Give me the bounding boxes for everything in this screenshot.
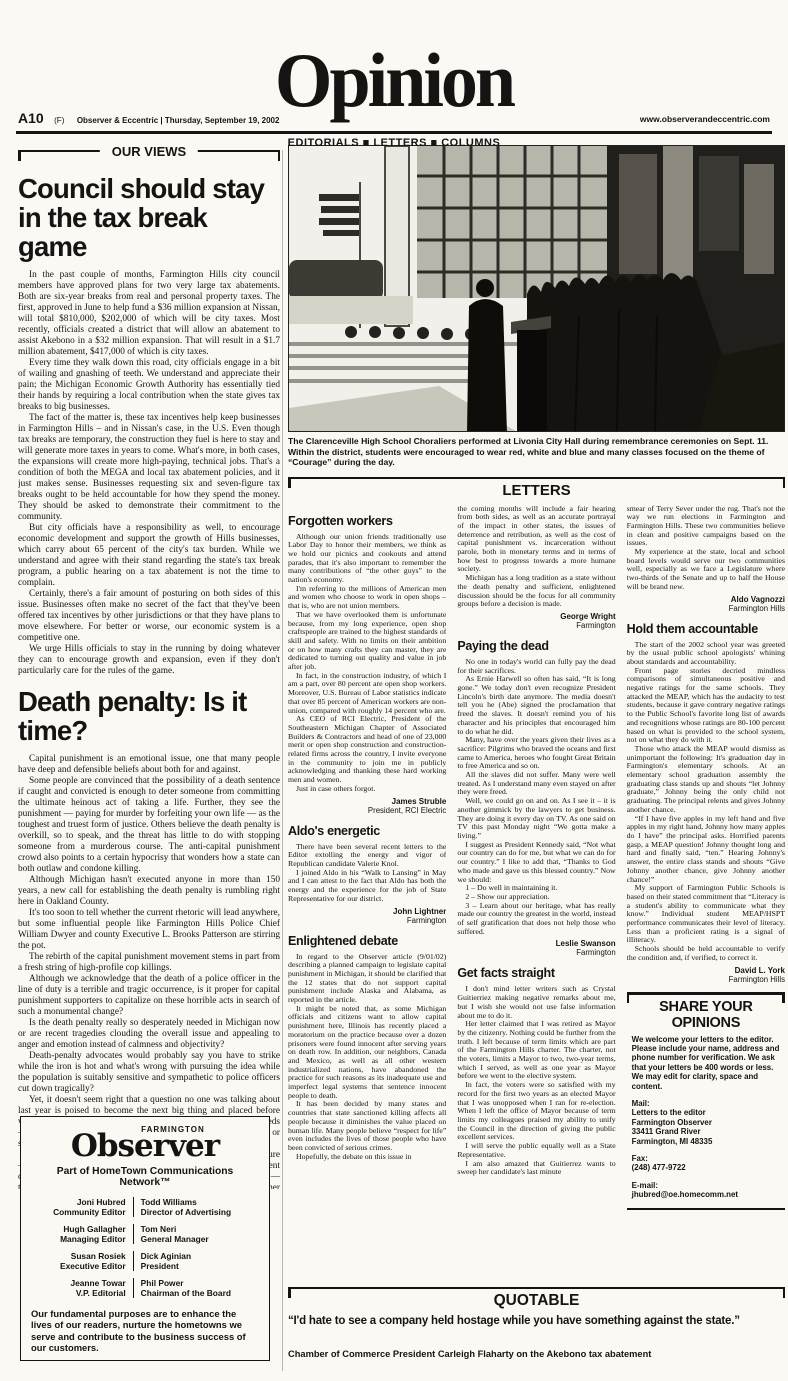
letter-text-block: Aldo Vagnozzi [627,595,785,604]
share-opinions-intro: We welcome your letters to the editor. P… [632,1035,780,1091]
publisher-box: FARMINGTON Observer Part of HomeTown Com… [20,1116,270,1361]
choir-photo-illustration [289,146,785,432]
staff-name: Hugh Gallagher [31,1224,126,1234]
staff-right: Dick Aginian President [134,1251,259,1271]
staff-name: Dick Aginian [141,1251,259,1261]
our-views-column: OUR VIEWS Council should stay in the tax… [18,150,280,1363]
letter-text-block: In regard to the Observer article (9/01/… [288,953,446,1005]
letter-text-block: 3 – Learn about our heritage, what has r… [457,902,615,937]
staff-left: Hugh Gallagher Managing Editor [31,1224,134,1244]
letter-text-block: Farmington [457,948,615,957]
quote-attribution: Chamber of Commerce President Carleigh F… [288,1349,785,1359]
letter-text-block: Michigan has a long tradition as a state… [457,574,615,609]
letters-label: LETTERS [288,479,785,499]
letter-text-block: As Ernie Harwell so often has said, “It … [457,675,615,736]
editorial-text-block: Council should stay in the tax break gam… [18,174,280,261]
header-rule [16,131,772,134]
letter-text-block: Her letter claimed that I was retired as… [457,1020,615,1081]
letter-text-block: Schools should be held accountable to ve… [627,945,785,962]
staff-right: Phil Power Chairman of the Board [134,1278,259,1298]
staff-title: General Manager [141,1234,259,1244]
letter-text-block: David L. York [627,966,785,975]
mail-address-line: Farmington Observer [632,1118,780,1127]
letter-text-block: Farmington Hills [627,604,785,613]
letter-text-block: I will serve the public equally well as … [457,1142,615,1159]
letter-text-block: James Struble [288,797,446,806]
letter-text-block: Leslie Swanson [457,939,615,948]
section-subtitle: EDITORIALS ■ LETTERS ■ COLUMNS [0,137,788,149]
letter-text-block: I don't mind letter writers such as Crys… [457,985,615,1020]
letter-text-block: All the slaves did not suffer. Many were… [457,771,615,797]
editorial-text-block: Death penalty: Is it time? [18,687,280,745]
staff-list: Joni Hubred Community Editor Todd Willia… [31,1197,259,1298]
letter-text-block: the coming months will include a fair he… [457,505,615,575]
staff-name: Tom Neri [141,1224,259,1234]
letter-text-block: Although our union friends traditionally… [288,533,446,585]
letter-text-block: Aldo's energetic [288,824,446,838]
staff-title: Executive Editor [31,1261,126,1271]
letter-text-block: Just in case others forgot. [288,785,446,794]
letters-region: The Clarenceville High School Choraliers… [288,145,785,1381]
staff-name: Jeanne Towar [31,1278,126,1288]
editorial-text-block: Capital punishment is an emotional issue… [18,754,280,776]
letter-text-block: John Lightner [288,907,446,916]
our-views-header: OUR VIEWS [18,150,280,152]
email-label: E-mail: [632,1181,780,1190]
letter-text-block: My experience at the state, local and sc… [627,548,785,592]
letter-text-block: Enlightened debate [288,934,446,948]
staff-title: Director of Advertising [141,1207,259,1217]
fax-label: Fax: [632,1154,780,1163]
share-opinions-title: SHARE YOUR OPINIONS [632,999,780,1031]
editorial-text-block: Is the death penalty really so desperate… [18,1018,280,1051]
letter-text-block: “If I have five apples in my left hand a… [627,815,785,885]
editorial-text-block: Certainly, there's a fair amount of post… [18,589,280,644]
photo-caption: The Clarenceville High School Choraliers… [288,436,785,468]
editorial-text-block: Some people are convinced that the possi… [18,776,280,875]
share-your-opinions-box: SHARE YOUR OPINIONS We welcome your lett… [627,992,785,1210]
letter-text-block: President, RCI Electric [288,806,446,815]
staff-row: Susan Rosiek Executive Editor Dick Agini… [31,1251,259,1271]
mail-address-line: Farmington, MI 48335 [632,1137,780,1146]
letters-column-3-text: smear of Terry Sever under the rug. That… [627,505,785,984]
letter-text-block: Front page stories decried mindless comp… [627,667,785,745]
mail-address-line: 33411 Grand River [632,1127,780,1136]
letter-text-block: smear of Terry Sever under the rug. That… [627,505,785,549]
quotable-header: QUOTABLE [288,1287,785,1310]
editorial-text-block: It's too soon to tell whether the curren… [18,908,280,952]
letter-text-block: No one in today's world can fully pay th… [457,658,615,675]
letter-text-block: There have been several recent letters t… [288,843,446,869]
letter-text-block: It might be noted that, as some Michigan… [288,1005,446,1101]
editorial-text-block: Every time they walk down this road, cit… [18,358,280,413]
editorial-text-block: Although Michigan hasn't executed anyone… [18,875,280,908]
staff-title: Chairman of the Board [141,1288,259,1298]
letter-text-block: It has been decided by many states and c… [288,1100,446,1152]
editorial-text-block: Death-penalty advocates would probably s… [18,1051,280,1095]
letter-text-block: In fact, in the construction industry, o… [288,672,446,716]
letter-text-block: Those who attack the MEAP would dismiss … [627,745,785,815]
staff-title: President [141,1261,259,1271]
staff-row: Hugh Gallagher Managing Editor Tom Neri … [31,1224,259,1244]
network-line: Part of HomeTown Communications Network™ [31,1166,259,1188]
staff-name: Susan Rosiek [31,1251,126,1261]
letter-text-block: That we have overlooked them is unfortun… [288,611,446,672]
staff-title: Managing Editor [31,1234,126,1244]
staff-left: Joni Hubred Community Editor [31,1197,134,1217]
staff-row: Joni Hubred Community Editor Todd Willia… [31,1197,259,1217]
mail-address-line: Letters to the editor [632,1108,780,1117]
letter-text-block: George Wright [457,612,615,621]
letter-text-block: In fact, the voters were so satisfied wi… [457,1081,615,1142]
staff-right: Todd Williams Director of Advertising [134,1197,259,1217]
letter-text-block: I am also amazed that Guitierrez wants t… [457,1160,615,1177]
letters-header: LETTERS [288,477,785,499]
staff-left: Jeanne Towar V.P. Editorial [31,1278,134,1298]
mission-statement: Our fundamental purposes are to enhance … [31,1308,259,1354]
quote-text: “I'd hate to see a company held hostage … [288,1315,785,1327]
letter-text-block: My support of Farmington Public Schools … [627,884,785,945]
letter-text-block: Get facts straight [457,966,615,980]
letters-column-2: the coming months will include a fair he… [457,505,615,1287]
staff-right: Tom Neri General Manager [134,1224,259,1244]
editorial-text-block: Although we acknowledge that the death o… [18,974,280,1018]
opinion-masthead: Opinion [0,43,788,120]
letters-columns: Forgotten workers Although our union fri… [288,505,785,1287]
email-address: jhubred@oe.homecomm.net [632,1190,780,1199]
staff-name: Joni Hubred [31,1197,126,1207]
news-photo [288,145,785,432]
letter-text-block: Hold them accountable [627,622,785,636]
letter-text-block: Paying the dead [457,639,615,653]
quotable-section: QUOTABLE “I'd hate to see a company held… [288,1287,785,1359]
letter-text-block: Many, have over the years given their li… [457,736,615,771]
staff-left: Susan Rosiek Executive Editor [31,1251,134,1271]
letter-text-block: Farmington Hills [627,975,785,984]
letter-text-block: I'm referring to the millions of America… [288,585,446,611]
editorial-text-block: In the past couple of months, Farmington… [18,270,280,358]
letter-text-block: As CEO of RCI Electric, President of the… [288,715,446,785]
letter-text-block: I joined Aldo in his “Walk to Lansing” i… [288,869,446,904]
letter-text-block: I suggest as President Kennedy said, “No… [457,841,615,885]
editorial-text-block: We urge Hills officials to stay in the r… [18,644,280,677]
letter-text-block: The start of the 2002 school year was gr… [627,641,785,667]
letter-text-block: Forgotten workers [288,514,446,528]
editorial-articles: Council should stay in the tax break gam… [18,164,280,1189]
letter-text-block: Farmington [457,621,615,630]
mail-address: Letters to the editorFarmington Observer… [632,1108,780,1146]
staff-row: Jeanne Towar V.P. Editorial Phil Power C… [31,1278,259,1298]
staff-title: Community Editor [31,1207,126,1217]
editorial-text-block: The fact of the matter is, these tax inc… [18,413,280,523]
mail-label: Mail: [632,1099,780,1108]
letters-column-3: smear of Terry Sever under the rug. That… [627,505,785,1287]
letter-text-block: Well, we could go on and on. As I see it… [457,797,615,841]
letter-text-block: Hopefully, the debate on this issue in [288,1153,446,1162]
staff-title: V.P. Editorial [31,1288,126,1298]
letter-text-block: Farmington [288,916,446,925]
staff-name: Todd Williams [141,1197,259,1207]
letters-column-1: Forgotten workers Although our union fri… [288,505,446,1287]
observer-logo: Observer [31,1131,259,1161]
quotable-title: QUOTABLE [288,1289,785,1310]
column-divider [282,150,283,1371]
editorial-text-block: The rebirth of the capital punishment mo… [18,952,280,974]
fax-number: (248) 477-9722 [632,1163,780,1172]
editorial-text-block: But city officials have a responsibility… [18,523,280,589]
staff-name: Phil Power [141,1278,259,1288]
